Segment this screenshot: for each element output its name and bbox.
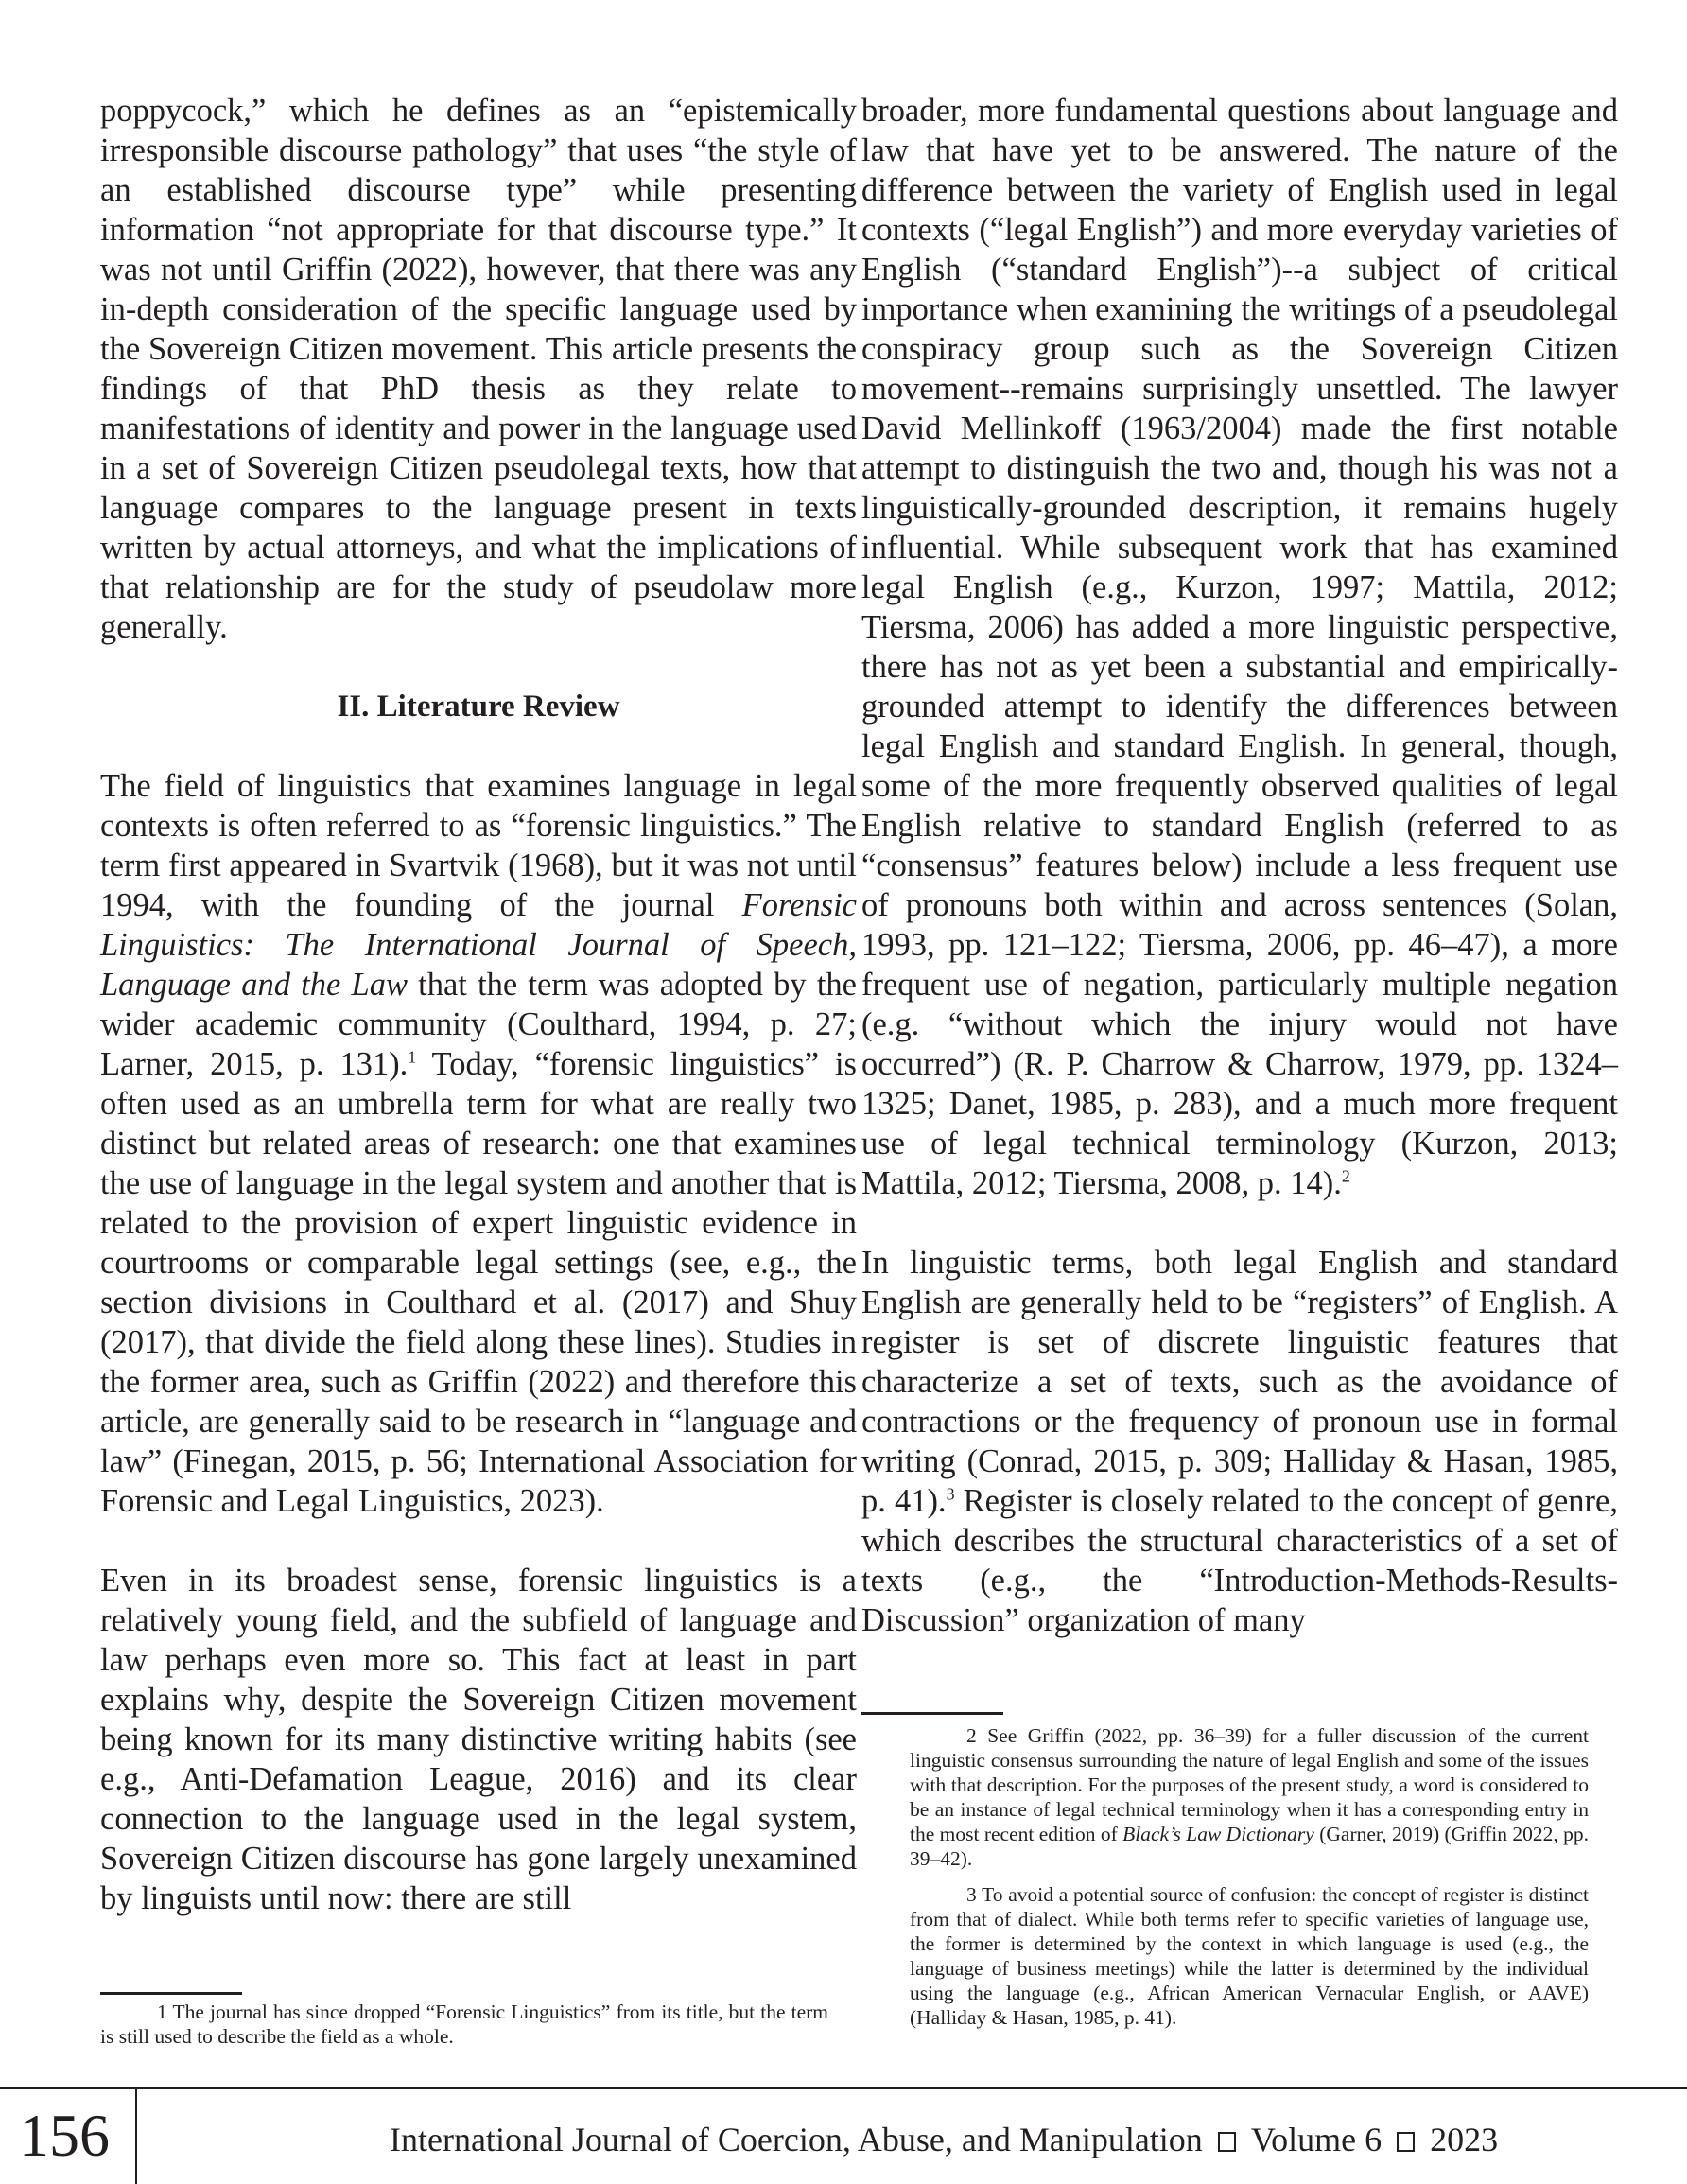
footnote-marker-3[interactable]: 3: [947, 1485, 955, 1504]
page-number: 156: [19, 2098, 110, 2174]
section-heading: II. Literature Review: [100, 687, 857, 726]
footnote-1: 1 The journal has since dropped “Forensi…: [100, 2000, 828, 2049]
volume: Volume 6: [1251, 2121, 1382, 2158]
year: 2023: [1430, 2121, 1498, 2158]
footnote-2: 2 See Griffin (2022, pp. 36–39) for a fu…: [910, 1723, 1589, 1871]
square-separator-icon: [1218, 2132, 1236, 2152]
footnote-divider: [100, 1992, 242, 1995]
footnote-3: 3 To avoid a potential source of confusi…: [910, 1882, 1589, 2030]
left-column: poppycock,” which he defines as an “epis…: [100, 91, 857, 1918]
right-column: broader, more fundamental questions abou…: [861, 91, 1618, 1640]
footnotes-right: 2 See Griffin (2022, pp. 36–39) for a fu…: [910, 1723, 1589, 2030]
body-paragraph: In linguistic terms, both legal English …: [861, 1243, 1618, 1640]
footer-divider: [0, 2087, 1687, 2089]
square-separator-icon: [1397, 2132, 1415, 2152]
body-paragraph: broader, more fundamental questions abou…: [861, 91, 1618, 1203]
body-paragraph: poppycock,” which he defines as an “epis…: [100, 91, 857, 647]
journal-name: International Journal of Coercion, Abuse…: [390, 2121, 1203, 2158]
footnote-marker-2[interactable]: 2: [1342, 1167, 1350, 1186]
footer-vertical-divider: [135, 2089, 137, 2184]
body-paragraph: The field of linguistics that examines l…: [100, 766, 857, 1521]
body-paragraph: Even in its broadest sense, forensic lin…: [100, 1561, 857, 1918]
footnote-marker-1[interactable]: 1: [408, 1048, 416, 1067]
footnote-divider: [861, 1712, 1003, 1715]
running-footer: International Journal of Coercion, Abuse…: [390, 2119, 1498, 2160]
